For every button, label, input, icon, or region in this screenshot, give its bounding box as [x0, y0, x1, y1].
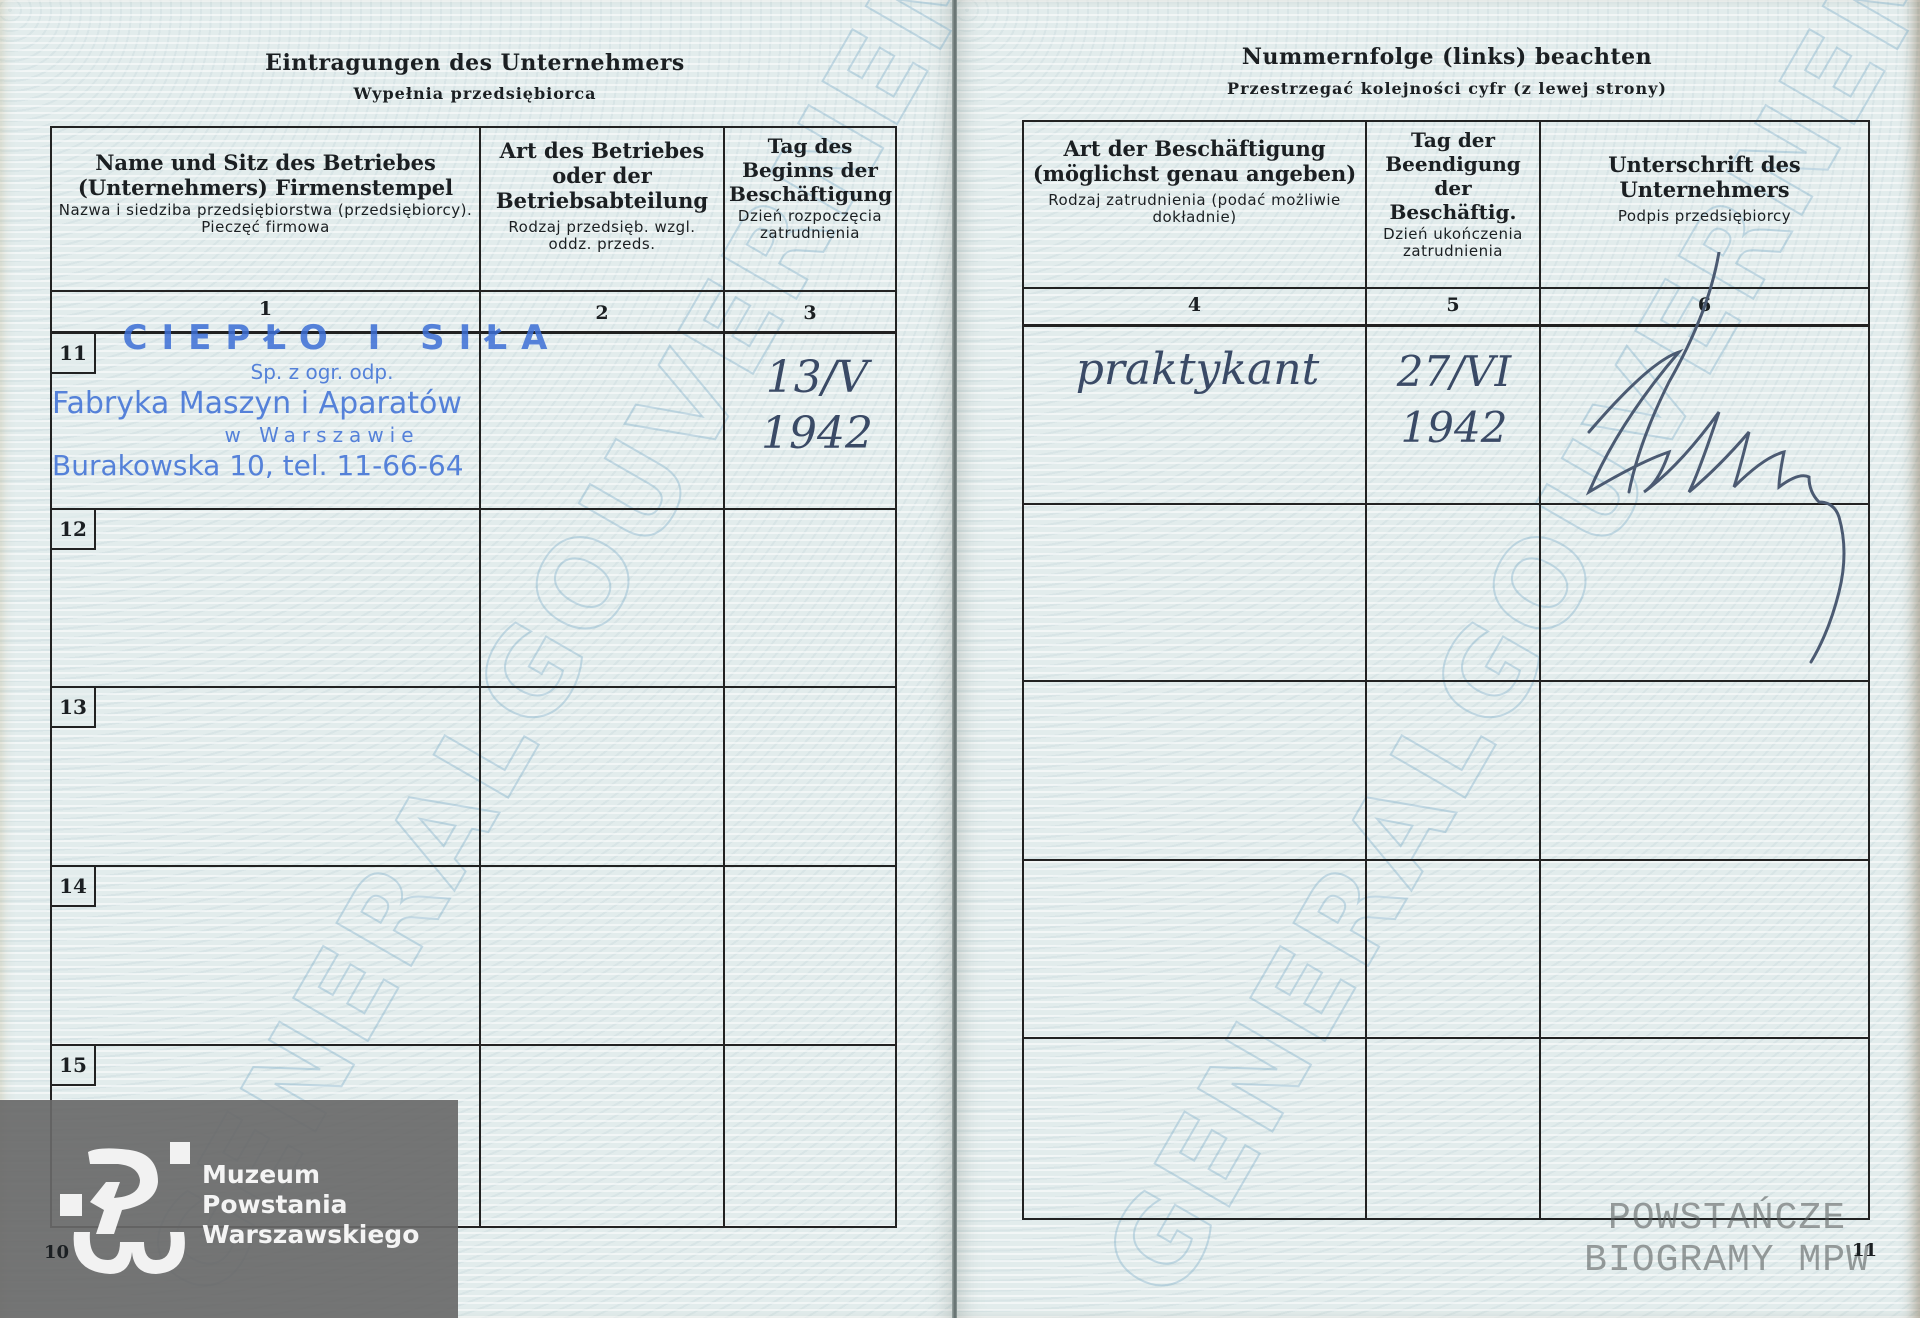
column-header-pl: Nazwa i siedziba przedsiębiorstwa (przed…: [56, 202, 475, 236]
stamp-address: Burakowska 10, tel. 11-66-64: [52, 449, 592, 482]
biogram-watermark: POWSTAŃCZE BIOGRAMY MPW: [1567, 1198, 1887, 1282]
museum-name: Muzeum Powstania Warszawskiego: [202, 1160, 419, 1250]
start-date-value: 13/V 1942: [761, 352, 873, 459]
column-header-de: Art des Betriebes oder der Betriebsabtei…: [485, 138, 719, 213]
column-header-company: Name und Sitz des Betriebes (Unternehmer…: [52, 150, 479, 236]
column-header-occupation: Art der Beschäftigung (möglichst genau a…: [1024, 136, 1365, 226]
left-page: GENERALGOUVERNEMENT Eintragungen des Unt…: [0, 0, 953, 1318]
column-header-start-date: Tag des Beginns der Beschäftigung Dzień …: [725, 134, 895, 242]
start-date-handwritten: 13/V 1942: [742, 350, 892, 462]
employer-entries-table: Name und Sitz des Betriebes (Unternehmer…: [50, 126, 897, 1228]
museum-name-line3: Warszawskiego: [202, 1220, 419, 1250]
row-divider: [52, 865, 895, 867]
employer-signature: [1549, 252, 1879, 782]
stamp-factory-name: Fabryka Maszyn i Aparatów: [52, 386, 592, 421]
company-stamp: CIEPŁO I SIŁA Sp. z ogr. odp. Fabryka Ma…: [52, 318, 592, 482]
employment-end-table: Art der Beschäftigung (möglichst genau a…: [1022, 120, 1870, 1220]
row-divider: [52, 686, 895, 688]
column-header-business-type: Art des Betriebes oder der Betriebsabtei…: [481, 138, 723, 253]
header-divider: [52, 290, 895, 292]
column-header-pl: Podpis przedsiębiorcy: [1545, 208, 1864, 225]
column-header-end-date: Tag der Beendigung der Beschäftig. Dzień…: [1367, 128, 1539, 260]
column-header-pl: Dzień ukończenia zatrudnienia: [1371, 226, 1535, 260]
row-number-12: 12: [52, 510, 96, 550]
column-header-signature: Unterschrift des Unternehmers Podpis prz…: [1541, 152, 1868, 225]
left-page-subtitle: Wypełnia przedsiębiorca: [200, 84, 750, 103]
column-header-de: Art der Beschäftigung (möglichst genau a…: [1028, 136, 1361, 186]
right-page-title: Nummernfolge (links) beachten: [1167, 44, 1727, 70]
right-page: GENERALGOUVERNEMENT Nummernfolge (links)…: [957, 0, 1920, 1318]
stamp-legal-form: Sp. z ogr. odp.: [52, 360, 592, 384]
row-divider: [1024, 859, 1868, 861]
column-header-de: Name und Sitz des Betriebes (Unternehmer…: [56, 150, 475, 200]
column-number: 5: [1367, 294, 1539, 316]
occupation-handwritten: praktykant: [1030, 344, 1365, 395]
row-divider: [52, 1044, 895, 1046]
biogram-line2: BIOGRAMY MPW: [1567, 1240, 1887, 1282]
column-header-pl: Rodzaj przedsięb. wzgl. oddz. przeds.: [485, 219, 719, 253]
museum-name-line1: Muzeum: [202, 1160, 419, 1190]
row-number-15: 15: [52, 1046, 96, 1086]
museum-logo-overlay: Muzeum Powstania Warszawskiego: [0, 1100, 458, 1318]
col-divider: [479, 128, 481, 1226]
column-number: 1: [52, 298, 479, 320]
biogram-line1: POWSTAŃCZE: [1567, 1198, 1887, 1240]
museum-name-line2: Powstania: [202, 1190, 419, 1220]
column-header-pl: Rodzaj zatrudnienia (podać możliwie dokł…: [1028, 192, 1361, 226]
row-divider: [1024, 1037, 1868, 1039]
stamp-city: w Warszawie: [52, 423, 592, 447]
occupation-value: praktykant: [1076, 344, 1320, 395]
column-number: 4: [1024, 294, 1365, 316]
end-date-value: 27/VI 1942: [1397, 347, 1512, 452]
row-divider: [52, 508, 895, 510]
col-divider: [723, 128, 725, 1226]
page-number-right: 11: [1852, 1240, 1877, 1261]
column-header-pl: Dzień rozpoczęcia zatrudnienia: [729, 208, 891, 242]
column-number: 3: [725, 302, 895, 324]
right-page-subtitle: Przestrzegać kolejności cyfr (z lewej st…: [1167, 79, 1727, 98]
column-header-de: Tag der Beendigung der Beschäftig.: [1371, 128, 1535, 224]
row-number-14: 14: [52, 867, 96, 907]
stamp-company-name: CIEPŁO I SIŁA: [92, 318, 592, 358]
row-number-13: 13: [52, 688, 96, 728]
left-page-title: Eintragungen des Unternehmers: [200, 50, 750, 76]
column-header-de: Unterschrift des Unternehmers: [1545, 152, 1864, 202]
column-header-de: Tag des Beginns der Beschäftigung: [729, 134, 891, 206]
end-date-handwritten: 27/VI 1942: [1374, 344, 1534, 456]
page-number-left: 10: [44, 1242, 69, 1263]
kotwica-anchor-icon: [60, 1142, 190, 1282]
